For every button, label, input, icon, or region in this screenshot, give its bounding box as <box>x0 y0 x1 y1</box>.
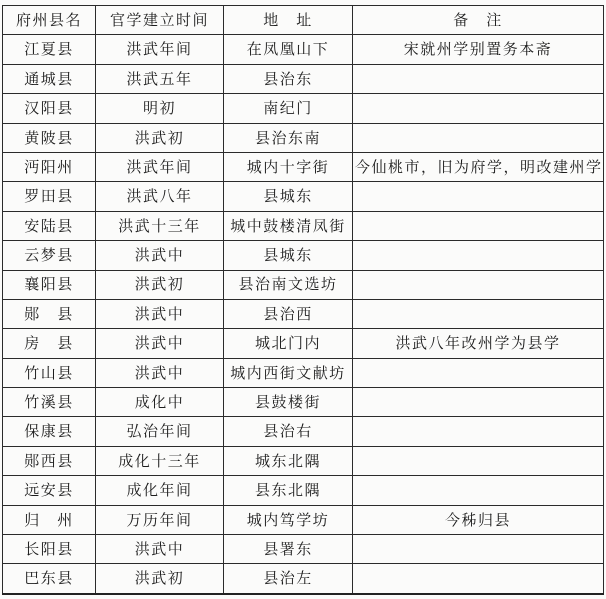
cell-remarks <box>353 535 604 564</box>
table-body: 江夏县洪武年间在凤凰山下宋就州学别置务本斋通城县洪武五年县治东汉阳县明初南纪门黄… <box>3 35 604 594</box>
cell-address: 县治南文选坊 <box>224 270 353 299</box>
cell-county-name: 云梦县 <box>3 241 96 270</box>
table-row: 保康县弘治年间县治右 <box>3 417 604 446</box>
cell-county-name: 竹山县 <box>3 358 96 387</box>
table-row: 沔阳州洪武年间城内十字街今仙桃市，旧为府学，明改建州学 <box>3 152 604 181</box>
cell-remarks: 洪武八年改州学为县学 <box>353 329 604 358</box>
cell-founding-time: 明初 <box>96 94 224 123</box>
cell-address: 县治东南 <box>224 123 353 152</box>
cell-remarks <box>353 64 604 93</box>
table-row: 罗田县洪武八年县城东 <box>3 182 604 211</box>
table-row: 归 州万历年间城内笃学坊今秭归县 <box>3 505 604 534</box>
cell-county-name: 远安县 <box>3 476 96 505</box>
table-row: 郧西县成化十三年城东北隅 <box>3 446 604 475</box>
cell-remarks <box>353 94 604 123</box>
table-row: 巴东县洪武初县治左 <box>3 564 604 594</box>
cell-remarks <box>353 299 604 328</box>
column-header-prefecture-county: 府州县名 <box>3 6 96 35</box>
cell-founding-time: 洪武年间 <box>96 35 224 64</box>
cell-county-name: 郧西县 <box>3 446 96 475</box>
cell-address: 城内笃学坊 <box>224 505 353 534</box>
cell-county-name: 汉阳县 <box>3 94 96 123</box>
cell-address: 城东北隅 <box>224 446 353 475</box>
table-row: 竹山县洪武中城内西街文献坊 <box>3 358 604 387</box>
header-row: 府州县名 官学建立时间 地 址 备 注 <box>3 6 604 35</box>
column-header-founding-time: 官学建立时间 <box>96 6 224 35</box>
table-row: 郧 县洪武中县治西 <box>3 299 604 328</box>
cell-address: 南纪门 <box>224 94 353 123</box>
cell-county-name: 沔阳州 <box>3 152 96 181</box>
cell-county-name: 竹溪县 <box>3 388 96 417</box>
cell-founding-time: 洪武中 <box>96 535 224 564</box>
cell-founding-time: 洪武年间 <box>96 152 224 181</box>
cell-address: 县城东 <box>224 241 353 270</box>
cell-founding-time: 洪武中 <box>96 358 224 387</box>
school-table: 府州县名 官学建立时间 地 址 备 注 江夏县洪武年间在凤凰山下宋就州学别置务本… <box>2 5 604 595</box>
cell-remarks: 今秭归县 <box>353 505 604 534</box>
cell-founding-time: 洪武五年 <box>96 64 224 93</box>
cell-remarks <box>353 182 604 211</box>
table-row: 黄陂县洪武初县治东南 <box>3 123 604 152</box>
scanned-table-page: 府州县名 官学建立时间 地 址 备 注 江夏县洪武年间在凤凰山下宋就州学别置务本… <box>0 0 606 599</box>
cell-founding-time: 洪武十三年 <box>96 211 224 240</box>
cell-address: 城北门内 <box>224 329 353 358</box>
table-row: 远安县成化年间县东北隅 <box>3 476 604 505</box>
cell-address: 城内西街文献坊 <box>224 358 353 387</box>
cell-founding-time: 洪武中 <box>96 241 224 270</box>
cell-county-name: 郧 县 <box>3 299 96 328</box>
cell-remarks <box>353 270 604 299</box>
table-row: 江夏县洪武年间在凤凰山下宋就州学别置务本斋 <box>3 35 604 64</box>
cell-address: 县东北隅 <box>224 476 353 505</box>
cell-remarks <box>353 476 604 505</box>
cell-county-name: 安陆县 <box>3 211 96 240</box>
cell-county-name: 罗田县 <box>3 182 96 211</box>
cell-address: 县治东 <box>224 64 353 93</box>
cell-remarks <box>353 417 604 446</box>
cell-remarks <box>353 241 604 270</box>
column-header-address: 地 址 <box>224 6 353 35</box>
table-row: 襄阳县洪武初县治南文选坊 <box>3 270 604 299</box>
cell-county-name: 襄阳县 <box>3 270 96 299</box>
cell-founding-time: 弘治年间 <box>96 417 224 446</box>
cell-founding-time: 洪武中 <box>96 299 224 328</box>
cell-remarks <box>353 211 604 240</box>
cell-remarks: 宋就州学别置务本斋 <box>353 35 604 64</box>
cell-remarks <box>353 358 604 387</box>
cell-address: 县治左 <box>224 564 353 594</box>
cell-founding-time: 成化中 <box>96 388 224 417</box>
cell-address: 县城东 <box>224 182 353 211</box>
cell-address: 城中鼓楼清凤街 <box>224 211 353 240</box>
cell-remarks <box>353 564 604 594</box>
cell-founding-time: 成化年间 <box>96 476 224 505</box>
cell-remarks <box>353 388 604 417</box>
cell-founding-time: 万历年间 <box>96 505 224 534</box>
cell-county-name: 黄陂县 <box>3 123 96 152</box>
cell-county-name: 长阳县 <box>3 535 96 564</box>
cell-address: 城内十字街 <box>224 152 353 181</box>
cell-founding-time: 洪武初 <box>96 564 224 594</box>
table-row: 房 县洪武中城北门内洪武八年改州学为县学 <box>3 329 604 358</box>
cell-address: 县署东 <box>224 535 353 564</box>
cell-county-name: 通城县 <box>3 64 96 93</box>
cell-remarks <box>353 446 604 475</box>
cell-founding-time: 洪武八年 <box>96 182 224 211</box>
cell-founding-time: 洪武中 <box>96 329 224 358</box>
table-row: 长阳县洪武中县署东 <box>3 535 604 564</box>
table-row: 安陆县洪武十三年城中鼓楼清凤街 <box>3 211 604 240</box>
cell-county-name: 房 县 <box>3 329 96 358</box>
cell-county-name: 江夏县 <box>3 35 96 64</box>
table-row: 汉阳县明初南纪门 <box>3 94 604 123</box>
cell-address: 县治右 <box>224 417 353 446</box>
cell-address: 县鼓楼街 <box>224 388 353 417</box>
column-header-remarks: 备 注 <box>353 6 604 35</box>
cell-county-name: 归 州 <box>3 505 96 534</box>
cell-founding-time: 洪武初 <box>96 123 224 152</box>
cell-county-name: 巴东县 <box>3 564 96 594</box>
table-row: 云梦县洪武中县城东 <box>3 241 604 270</box>
cell-remarks: 今仙桃市，旧为府学，明改建州学 <box>353 152 604 181</box>
cell-county-name: 保康县 <box>3 417 96 446</box>
table-row: 通城县洪武五年县治东 <box>3 64 604 93</box>
table-row: 竹溪县成化中县鼓楼街 <box>3 388 604 417</box>
cell-remarks <box>353 123 604 152</box>
cell-address: 在凤凰山下 <box>224 35 353 64</box>
cell-address: 县治西 <box>224 299 353 328</box>
cell-founding-time: 洪武初 <box>96 270 224 299</box>
cell-founding-time: 成化十三年 <box>96 446 224 475</box>
